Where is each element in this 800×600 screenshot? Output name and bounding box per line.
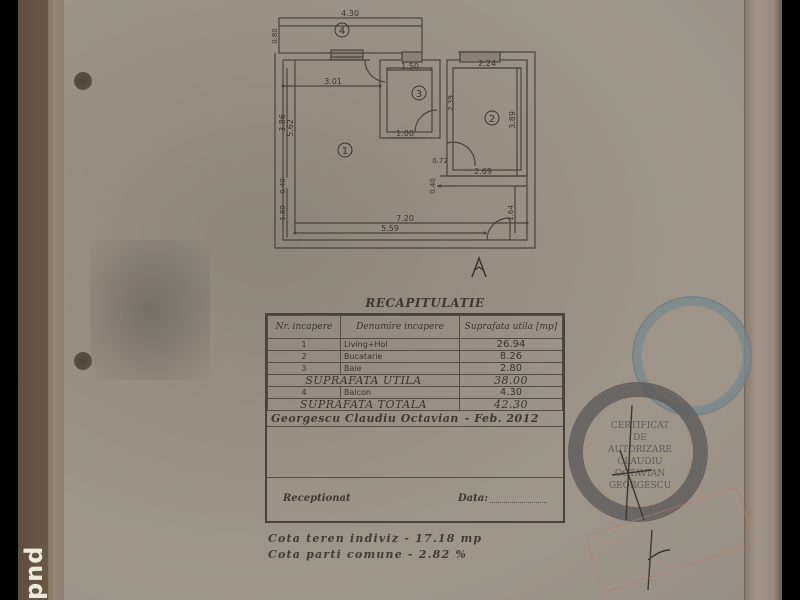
floor-plan: 4 3 2 1 4.30 1.50 2.24 3.01 1.00 2.69 0.… (265, 8, 545, 253)
svg-text:2.39: 2.39 (447, 95, 455, 111)
svg-text:4.30: 4.30 (341, 9, 359, 18)
table-row: 1 Living+Hol 26.94 (268, 339, 563, 351)
land-share-note: Cota teren indiviz - 17.18 mp (268, 532, 482, 545)
received-label: Receptionat (283, 493, 458, 504)
table-row: 3 Baie 2.80 (268, 363, 563, 375)
total-area-row: SUPRAFATA TOTALA 42.30 (268, 399, 563, 411)
author-name: Georgescu Claudiu Octavian (271, 412, 459, 425)
recap-table: Nr. incapere Denumire incapere Suprafata… (265, 313, 565, 523)
table-header-row: Nr. incapere Denumire incapere Suprafata… (268, 316, 563, 339)
svg-text:1.50: 1.50 (401, 62, 419, 71)
room-number: 1 (342, 146, 348, 157)
svg-text:3.86: 3.86 (278, 114, 287, 132)
north-arrow-icon (470, 256, 488, 278)
svg-text:5.62: 5.62 (286, 119, 295, 137)
header-name: Denumire incapere (341, 316, 460, 339)
date-label: Data: (458, 493, 488, 504)
header-area: Suprafata utila [mp] (460, 316, 563, 339)
author-line: Georgescu Claudiu Octavian - Feb. 2012 (267, 411, 563, 427)
svg-text:1.00: 1.00 (396, 129, 414, 138)
svg-text:1.80: 1.80 (279, 205, 287, 221)
svg-text:0.40: 0.40 (279, 178, 287, 194)
svg-text:1.64: 1.64 (507, 205, 515, 221)
binder-edge (48, 0, 65, 600)
svg-text:7.20: 7.20 (396, 214, 414, 223)
author-date: - Feb. 2012 (465, 412, 539, 425)
page-edge (744, 0, 782, 600)
room-number: 2 (489, 114, 495, 125)
table-row: 4 Balcon 4.30 (268, 387, 563, 399)
date-field (490, 494, 547, 503)
table-row: 2 Bucatarie 8.26 (268, 351, 563, 363)
common-share-note: Cota parti comune - 2.82 % (268, 548, 467, 561)
recap-title: RECAPITULATIE (360, 296, 490, 310)
watermark: pnd (20, 520, 60, 600)
svg-text:5.59: 5.59 (381, 224, 399, 233)
svg-text:2.69: 2.69 (474, 167, 492, 176)
svg-text:0.40: 0.40 (429, 178, 437, 194)
room-number: 4 (339, 26, 345, 37)
svg-text:3.89: 3.89 (508, 111, 517, 129)
shadow (90, 240, 210, 380)
punch-hole-icon (74, 352, 92, 370)
punch-hole-icon (74, 72, 92, 90)
blank-area (267, 427, 563, 478)
header-nr: Nr. incapere (268, 316, 341, 339)
svg-text:0.80: 0.80 (271, 28, 279, 44)
svg-text:0.72: 0.72 (432, 157, 448, 165)
receipt-line: Receptionat Data: (267, 478, 563, 518)
svg-text:2.24: 2.24 (478, 59, 496, 68)
svg-text:3.01: 3.01 (324, 77, 342, 86)
room-number: 3 (416, 89, 422, 100)
useful-area-row: SUPRAFATA UTILA 38.00 (268, 375, 563, 387)
